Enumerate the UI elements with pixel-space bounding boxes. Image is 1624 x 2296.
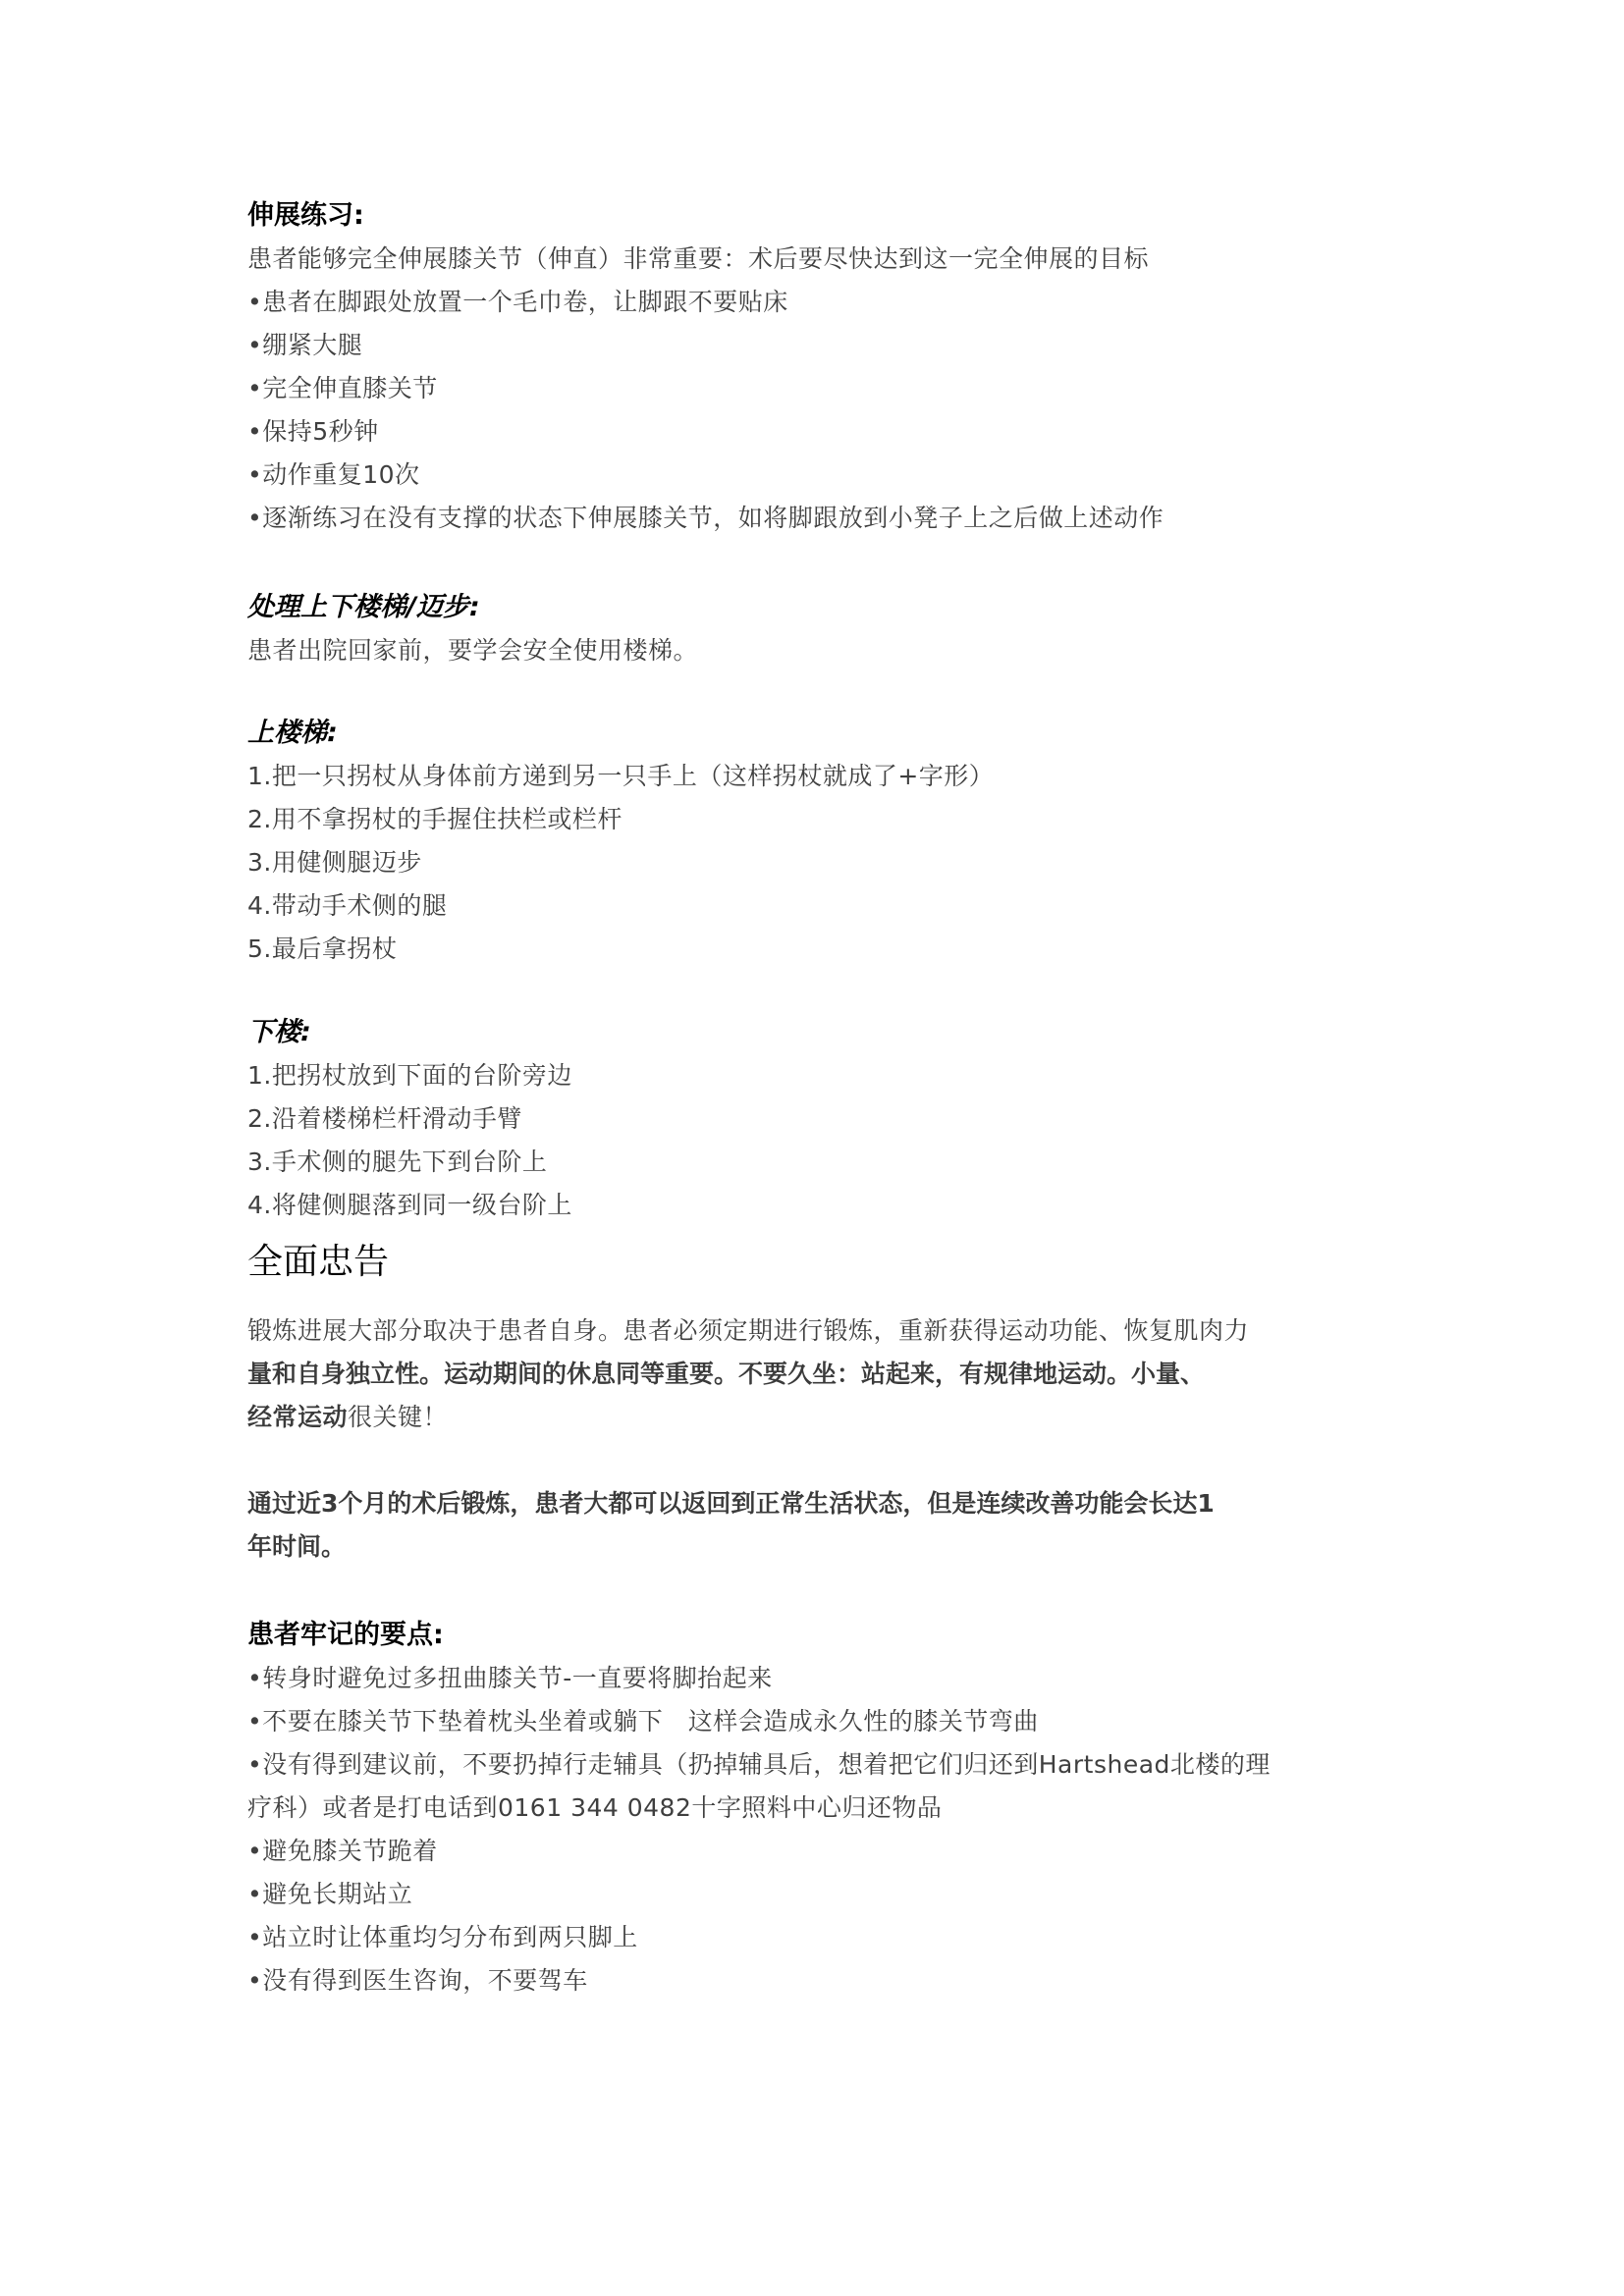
spacer <box>247 1439 1406 1482</box>
list-item: 4.将健侧腿落到同一级台阶上 <box>247 1184 1406 1227</box>
paragraph: 患者能够完全伸展膝关节（伸直）非常重要：术后要尽快达到这一完全伸展的目标 <box>247 238 1406 281</box>
document-page: 伸展练习: 患者能够完全伸展膝关节（伸直）非常重要：术后要尽快达到这一完全伸展的… <box>0 0 1624 2296</box>
section-title: 下楼: <box>247 1011 1406 1054</box>
paragraph: 患者出院回家前，要学会安全使用楼梯。 <box>247 629 1406 672</box>
paragraph-line-bold: 年时间。 <box>247 1525 1406 1569</box>
list-item: 2.沿着楼梯栏杆滑动手臂 <box>247 1097 1406 1141</box>
list-item: •完全伸直膝关节 <box>247 367 1406 410</box>
list-item: 2.用不拿拐杖的手握住扶栏或栏杆 <box>247 798 1406 841</box>
list-item: 3.用健侧腿迈步 <box>247 841 1406 884</box>
section-title: 全面忠告 <box>247 1239 1406 1309</box>
section-title: 伸展练习: <box>247 194 1406 238</box>
section-remember: 患者牢记的要点: •转身时避免过多扭曲膝关节-一直要将脚抬起来 •不要在膝关节下… <box>247 1614 1406 2002</box>
list-item: •没有得到建议前，不要扔掉行走辅具（扔掉辅具后，想着把它们归还到Hartshea… <box>247 1743 1406 1787</box>
section-title: 处理上下楼梯/迈步: <box>247 586 1406 629</box>
list-item: •保持5秒钟 <box>247 410 1406 454</box>
section-upstairs: 上楼梯: 1.把一只拐杖从身体前方递到另一只手上（这样拐杖就成了+字形） 2.用… <box>247 712 1406 971</box>
list-item-continuation: 疗科）或者是打电话到0161 344 0482十字照料中心归还物品 <box>247 1787 1406 1830</box>
list-item: •动作重复10次 <box>247 454 1406 497</box>
paragraph-line: 经常运动很关键！ <box>247 1396 1406 1439</box>
section-title: 上楼梯: <box>247 712 1406 755</box>
list-item: 1.把拐杖放到下面的台阶旁边 <box>247 1054 1406 1097</box>
bold-text: 经常运动 <box>247 1403 348 1431</box>
list-item: •没有得到医生咨询，不要驾车 <box>247 1959 1406 2002</box>
list-item: 1.把一只拐杖从身体前方递到另一只手上（这样拐杖就成了+字形） <box>247 755 1406 798</box>
section-advice: 全面忠告 锻炼进展大部分取决于患者自身。患者必须定期进行锻炼，重新获得运动功能、… <box>247 1239 1406 1569</box>
paragraph-line: 锻炼进展大部分取决于患者自身。患者必须定期进行锻炼，重新获得运动功能、恢复肌肉力 <box>247 1309 1406 1353</box>
list-item: •绷紧大腿 <box>247 324 1406 367</box>
list-item: 3.手术侧的腿先下到台阶上 <box>247 1141 1406 1184</box>
list-item: •患者在脚跟处放置一个毛巾卷，让脚跟不要贴床 <box>247 281 1406 324</box>
section-extension: 伸展练习: 患者能够完全伸展膝关节（伸直）非常重要：术后要尽快达到这一完全伸展的… <box>247 194 1406 540</box>
list-item: •避免膝关节跪着 <box>247 1830 1406 1873</box>
list-item: 5.最后拿拐杖 <box>247 928 1406 971</box>
list-item: •逐渐练习在没有支撑的状态下伸展膝关节，如将脚跟放到小凳子上之后做上述动作 <box>247 497 1406 540</box>
list-item: •避免长期站立 <box>247 1873 1406 1916</box>
paragraph-line-bold: 通过近3个月的术后锻炼，患者大都可以返回到正常生活状态，但是连续改善功能会长达1 <box>247 1482 1406 1525</box>
paragraph-line-bold: 量和自身独立性。运动期间的休息同等重要。不要久坐：站起来，有规律地运动。小量、 <box>247 1353 1406 1396</box>
list-item: •不要在膝关节下垫着枕头坐着或躺下 这样会造成永久性的膝关节弯曲 <box>247 1700 1406 1743</box>
section-title: 患者牢记的要点: <box>247 1614 1406 1657</box>
list-item: 4.带动手术侧的腿 <box>247 884 1406 928</box>
list-item: •站立时让体重均匀分布到两只脚上 <box>247 1916 1406 1959</box>
section-stairs: 处理上下楼梯/迈步: 患者出院回家前，要学会安全使用楼梯。 <box>247 586 1406 672</box>
section-downstairs: 下楼: 1.把拐杖放到下面的台阶旁边 2.沿着楼梯栏杆滑动手臂 3.手术侧的腿先… <box>247 1011 1406 1227</box>
text: 很关键！ <box>348 1403 448 1431</box>
list-item: •转身时避免过多扭曲膝关节-一直要将脚抬起来 <box>247 1657 1406 1700</box>
